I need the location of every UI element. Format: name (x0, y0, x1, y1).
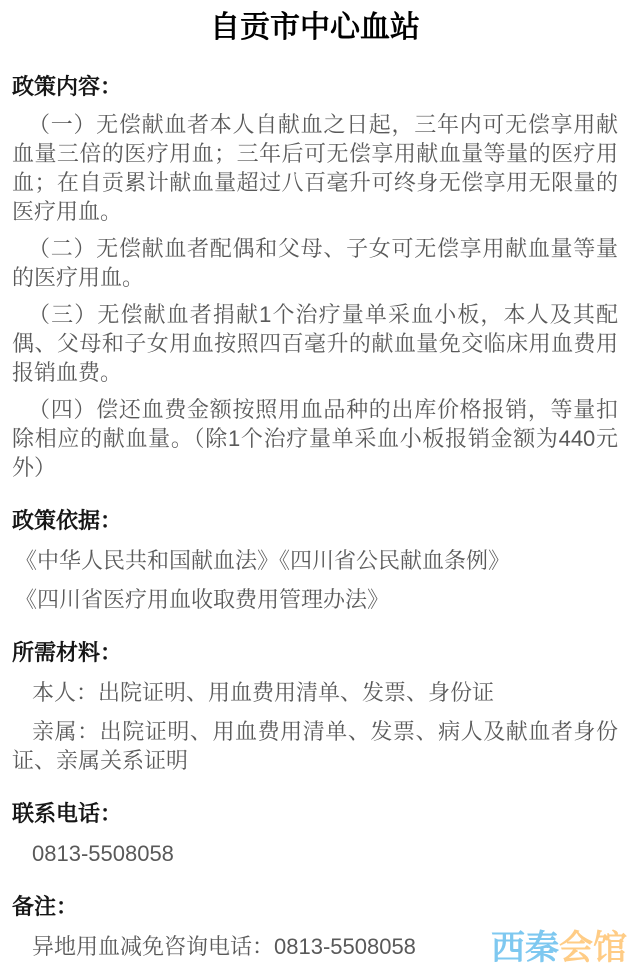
section-contact-phone: 联系电话： 0813-5508058 (12, 799, 618, 868)
section-required-materials: 所需材料： 本人：出院证明、用血费用清单、发票、身份证 亲属：出院证明、用血费用… (12, 638, 618, 775)
remarks-heading: 备注： (12, 892, 618, 922)
contact-phone-number: 0813-5508058 (12, 839, 618, 868)
section-policy-content: 政策内容： （一）无偿献血者本人自献血之日起，三年内可无偿享用献血量三倍的医疗用… (12, 72, 618, 482)
policy-content-heading: 政策内容： (12, 72, 618, 102)
policy-paragraph-1: （一）无偿献血者本人自献血之日起，三年内可无偿享用献血量三倍的医疗用血；三年后可… (12, 110, 618, 226)
policy-paragraph-4: （四）偿还血费金额按照用血品种的出库价格报销，等量扣除相应的献血量。（除1个治疗… (12, 395, 618, 482)
section-policy-basis: 政策依据： 《中华人民共和国献血法》《四川省公民献血条例》 《四川省医疗用血收取… (12, 506, 618, 614)
required-materials-heading: 所需材料： (12, 638, 618, 668)
watermark-part2: 会馆 (559, 929, 627, 967)
watermark-part1: 西秦 (491, 929, 559, 967)
watermark: 西秦会馆 (491, 930, 627, 966)
policy-basis-reference-2: 《四川省医疗用血收取费用管理办法》 (12, 585, 618, 614)
policy-basis-reference-1: 《中华人民共和国献血法》《四川省公民献血条例》 (12, 546, 618, 575)
document-page: 自贡市中心血站 政策内容： （一）无偿献血者本人自献血之日起，三年内可无偿享用献… (0, 0, 632, 961)
materials-relatives-line: 亲属：出院证明、用血费用清单、发票、病人及献血者身份证、亲属关系证明 (12, 717, 618, 775)
policy-basis-heading: 政策依据： (12, 506, 618, 536)
materials-self-line: 本人：出院证明、用血费用清单、发票、身份证 (12, 678, 618, 707)
contact-phone-heading: 联系电话： (12, 799, 618, 829)
policy-paragraph-3: （三）无偿献血者捐献1个治疗量单采血小板，本人及其配偶、父母和子女用血按照四百毫… (12, 300, 618, 387)
page-title: 自贡市中心血站 (12, 8, 618, 48)
policy-paragraph-2: （二）无偿献血者配偶和父母、子女可无偿享用献血量等量的医疗用血。 (12, 234, 618, 292)
